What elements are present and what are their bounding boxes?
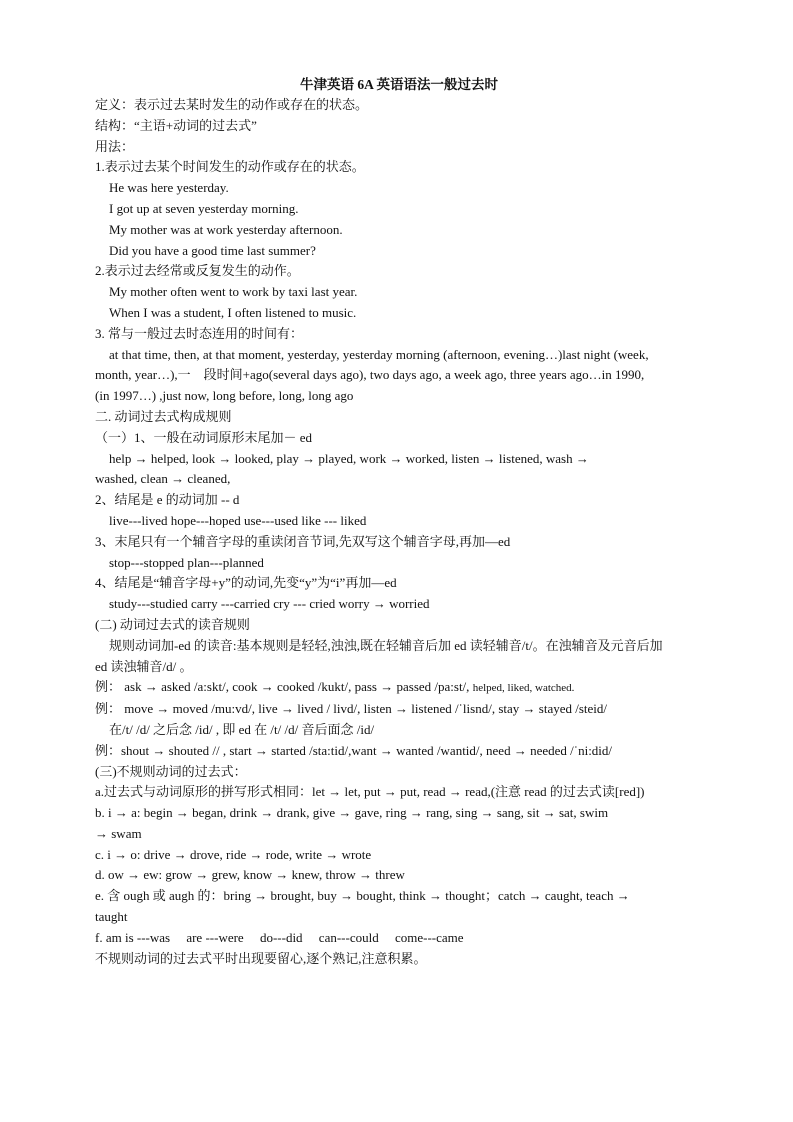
rule-1-examples: help → helped, look → looked, play → pla…	[95, 449, 703, 470]
irregular-rule-e: e. 含 ough 或 augh 的：bring → brought, buy …	[95, 886, 703, 907]
structure-line: 结构：“主语+动词的过去式”	[95, 116, 703, 137]
example-sentence: I got up at seven yesterday morning.	[95, 199, 703, 220]
example-sentence: When I was a student, I often listened t…	[95, 303, 703, 324]
rule-3-examples: stop---stopped plan---planned	[95, 553, 703, 574]
pronunciation-heading: (二) 动词过去式的读音规则	[95, 615, 703, 636]
closing-note: 不规则动词的过去式平时出现要留心,逐个熟记,注意积累。	[95, 949, 703, 970]
rule-1-heading: （一）1、一般在动词原形末尾加－ ed	[95, 428, 703, 449]
pronunciation-note: 在/t/ /d/ 之后念 /id/ , 即 ed 在 /t/ /d/ 音后面念 …	[95, 720, 703, 741]
time-expressions-line: at that time, then, at that moment, yest…	[95, 345, 703, 366]
example-text: 例： ask → asked /a:skt/, cook → cooked /k…	[95, 679, 473, 694]
irregular-rule-d: d. ow → ew: grow → grew, know → knew, th…	[95, 865, 703, 886]
rule-4-heading: 4、结尾是“辅音字母+y”的动词,先变“y”为“i”再加—ed	[95, 573, 703, 594]
usage-2-heading: 2.表示过去经常或反复发生的动作。	[95, 261, 703, 282]
example-sentence: My mother often went to work by taxi las…	[95, 282, 703, 303]
irregular-rule-f: f. am is ---was are ---were do---did can…	[95, 928, 703, 949]
example-sentence: My mother was at work yesterday afternoo…	[95, 220, 703, 241]
rule-1-examples: washed, clean → cleaned,	[95, 469, 703, 490]
time-expressions-line: (in 1997…) ,just now, long before, long,…	[95, 386, 703, 407]
irregular-heading: (三)不规则动词的过去式：	[95, 762, 703, 783]
example-sentence: Did you have a good time last summer?	[95, 241, 703, 262]
definition-line: 定义：表示过去某时发生的动作或存在的状态。	[95, 95, 703, 116]
irregular-rule-b: → swam	[95, 824, 703, 845]
rule-2-examples: live---lived hope---hoped use---used lik…	[95, 511, 703, 532]
document-title: 牛津英语 6A 英语语法一般过去时	[95, 75, 703, 95]
irregular-rule-b: b. i → a: begin → began, drink → drank, …	[95, 803, 703, 824]
irregular-rule-e: taught	[95, 907, 703, 928]
usage-3-heading: 3. 常与一般过去时态连用的时间有：	[95, 324, 703, 345]
pronunciation-example-1: 例： ask → asked /a:skt/, cook → cooked /k…	[95, 677, 703, 699]
irregular-rule-a: a.过去式与动词原形的拼写形式相同：let → let, put → put, …	[95, 782, 703, 803]
irregular-rule-c: c. i → o: drive → drove, ride → rode, wr…	[95, 845, 703, 866]
time-expressions-line: month, year…),一 段时间+ago(several days ago…	[95, 365, 703, 386]
document-page: 牛津英语 6A 英语语法一般过去时 定义：表示过去某时发生的动作或存在的状态。 …	[95, 75, 703, 969]
rule-3-heading: 3、末尾只有一个辅音字母的重读闭音节词,先双写这个辅音字母,再加—ed	[95, 532, 703, 553]
section-2-heading: 二. 动词过去式构成规则	[95, 407, 703, 428]
rule-2-heading: 2、结尾是 e 的动词加 -- d	[95, 490, 703, 511]
example-small-text: helped, liked, watched.	[473, 682, 575, 694]
rule-4-examples: study---studied carry ---carried cry ---…	[95, 594, 703, 615]
pronunciation-example-3: 例：shout → shouted // , start → started /…	[95, 741, 703, 762]
pronunciation-description: 规则动词加-ed 的读音:基本规则是轻轻,浊浊,既在轻辅音后加 ed 读轻辅音/…	[95, 636, 703, 657]
example-sentence: He was here yesterday.	[95, 178, 703, 199]
pronunciation-example-2: 例： move → moved /mu:vd/, live → lived / …	[95, 699, 703, 720]
usage-1-heading: 1.表示过去某个时间发生的动作或存在的状态。	[95, 157, 703, 178]
usage-heading: 用法：	[95, 137, 703, 158]
pronunciation-description: ed 读浊辅音/d/ 。	[95, 657, 703, 678]
